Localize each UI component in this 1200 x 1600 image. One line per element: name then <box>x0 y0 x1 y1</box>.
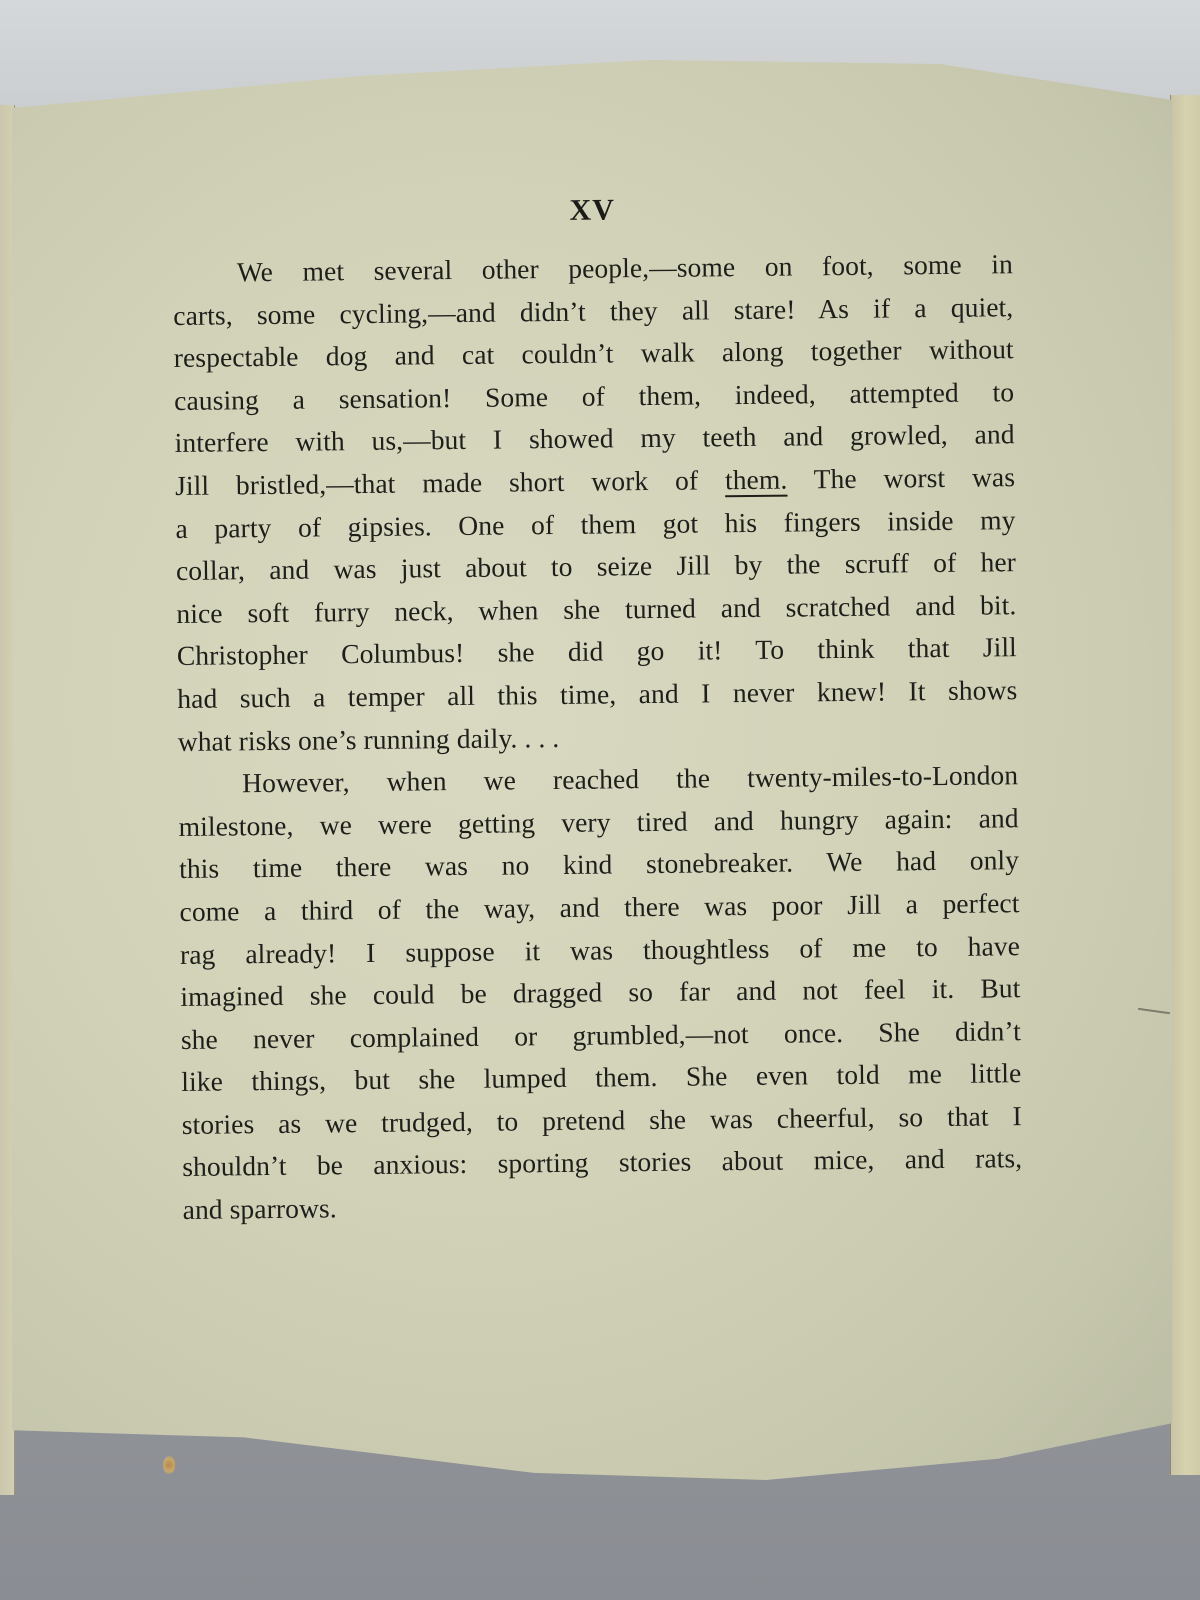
text-span: The worst was <box>787 461 1015 494</box>
text-span: a party of gipsies. One of them got his … <box>175 504 1015 544</box>
text-span: carts, some cycling,—and didn’t they all… <box>173 291 1013 331</box>
text-span: rag already! I suppose it was thoughtles… <box>180 930 1020 970</box>
text-span: However, when we reached the twenty-mile… <box>242 759 1018 798</box>
text-span: imagined she could be dragged so far and… <box>180 972 1020 1012</box>
paragraph-1: We met several other people,—some on foo… <box>173 243 1018 763</box>
text-span: Christopher Columbus! she did go it! To … <box>177 632 1017 672</box>
text-span: this time there was no kind stonebreaker… <box>179 844 1019 884</box>
text-span: causing a sensation! Some of them, indee… <box>174 376 1014 416</box>
text-span: nice soft furry neck, when she turned an… <box>176 589 1016 629</box>
text-line: had such a temper all this time, and I n… <box>177 669 1017 720</box>
text-span: had such a temper all this time, and I n… <box>177 674 1017 714</box>
page-stack-right-edge <box>1170 95 1200 1475</box>
text-span: milestone, we were getting very tired an… <box>179 802 1019 842</box>
text-span: collar, and was just about to seize Jill… <box>176 546 1016 586</box>
text-span: and sparrows. <box>183 1192 337 1225</box>
chapter-heading: XV <box>172 189 1012 232</box>
text-span: come a third of the way, and there was p… <box>179 887 1019 927</box>
text-span: interfere with us,—but I showed my teeth… <box>174 419 1014 459</box>
page-text: XV We met several other people,—some on … <box>172 181 1023 1231</box>
underlined-word: them. <box>725 464 788 496</box>
text-span: We met several other people,—some on foo… <box>237 248 1013 287</box>
foxing-stain <box>163 1456 175 1474</box>
text-line: and sparrows. <box>182 1180 1022 1231</box>
text-span: respectable dog and cat couldn’t walk al… <box>174 333 1014 373</box>
paragraph-2: However, when we reached the twenty-mile… <box>178 754 1023 1231</box>
text-span: like things, but she lumped them. She ev… <box>181 1057 1021 1097</box>
text-span: stories as we trudged, to pretend she wa… <box>182 1100 1022 1140</box>
text-span: shouldn’t be anxious: sporting stories a… <box>182 1143 1022 1183</box>
text-span: what risks one’s running daily. . . . <box>178 722 560 757</box>
text-span: Jill bristled,—that made short work of <box>175 464 725 501</box>
text-line: shouldn’t be anxious: sporting stories a… <box>182 1138 1022 1189</box>
text-span: she never complained or grumbled,—not on… <box>181 1015 1021 1055</box>
